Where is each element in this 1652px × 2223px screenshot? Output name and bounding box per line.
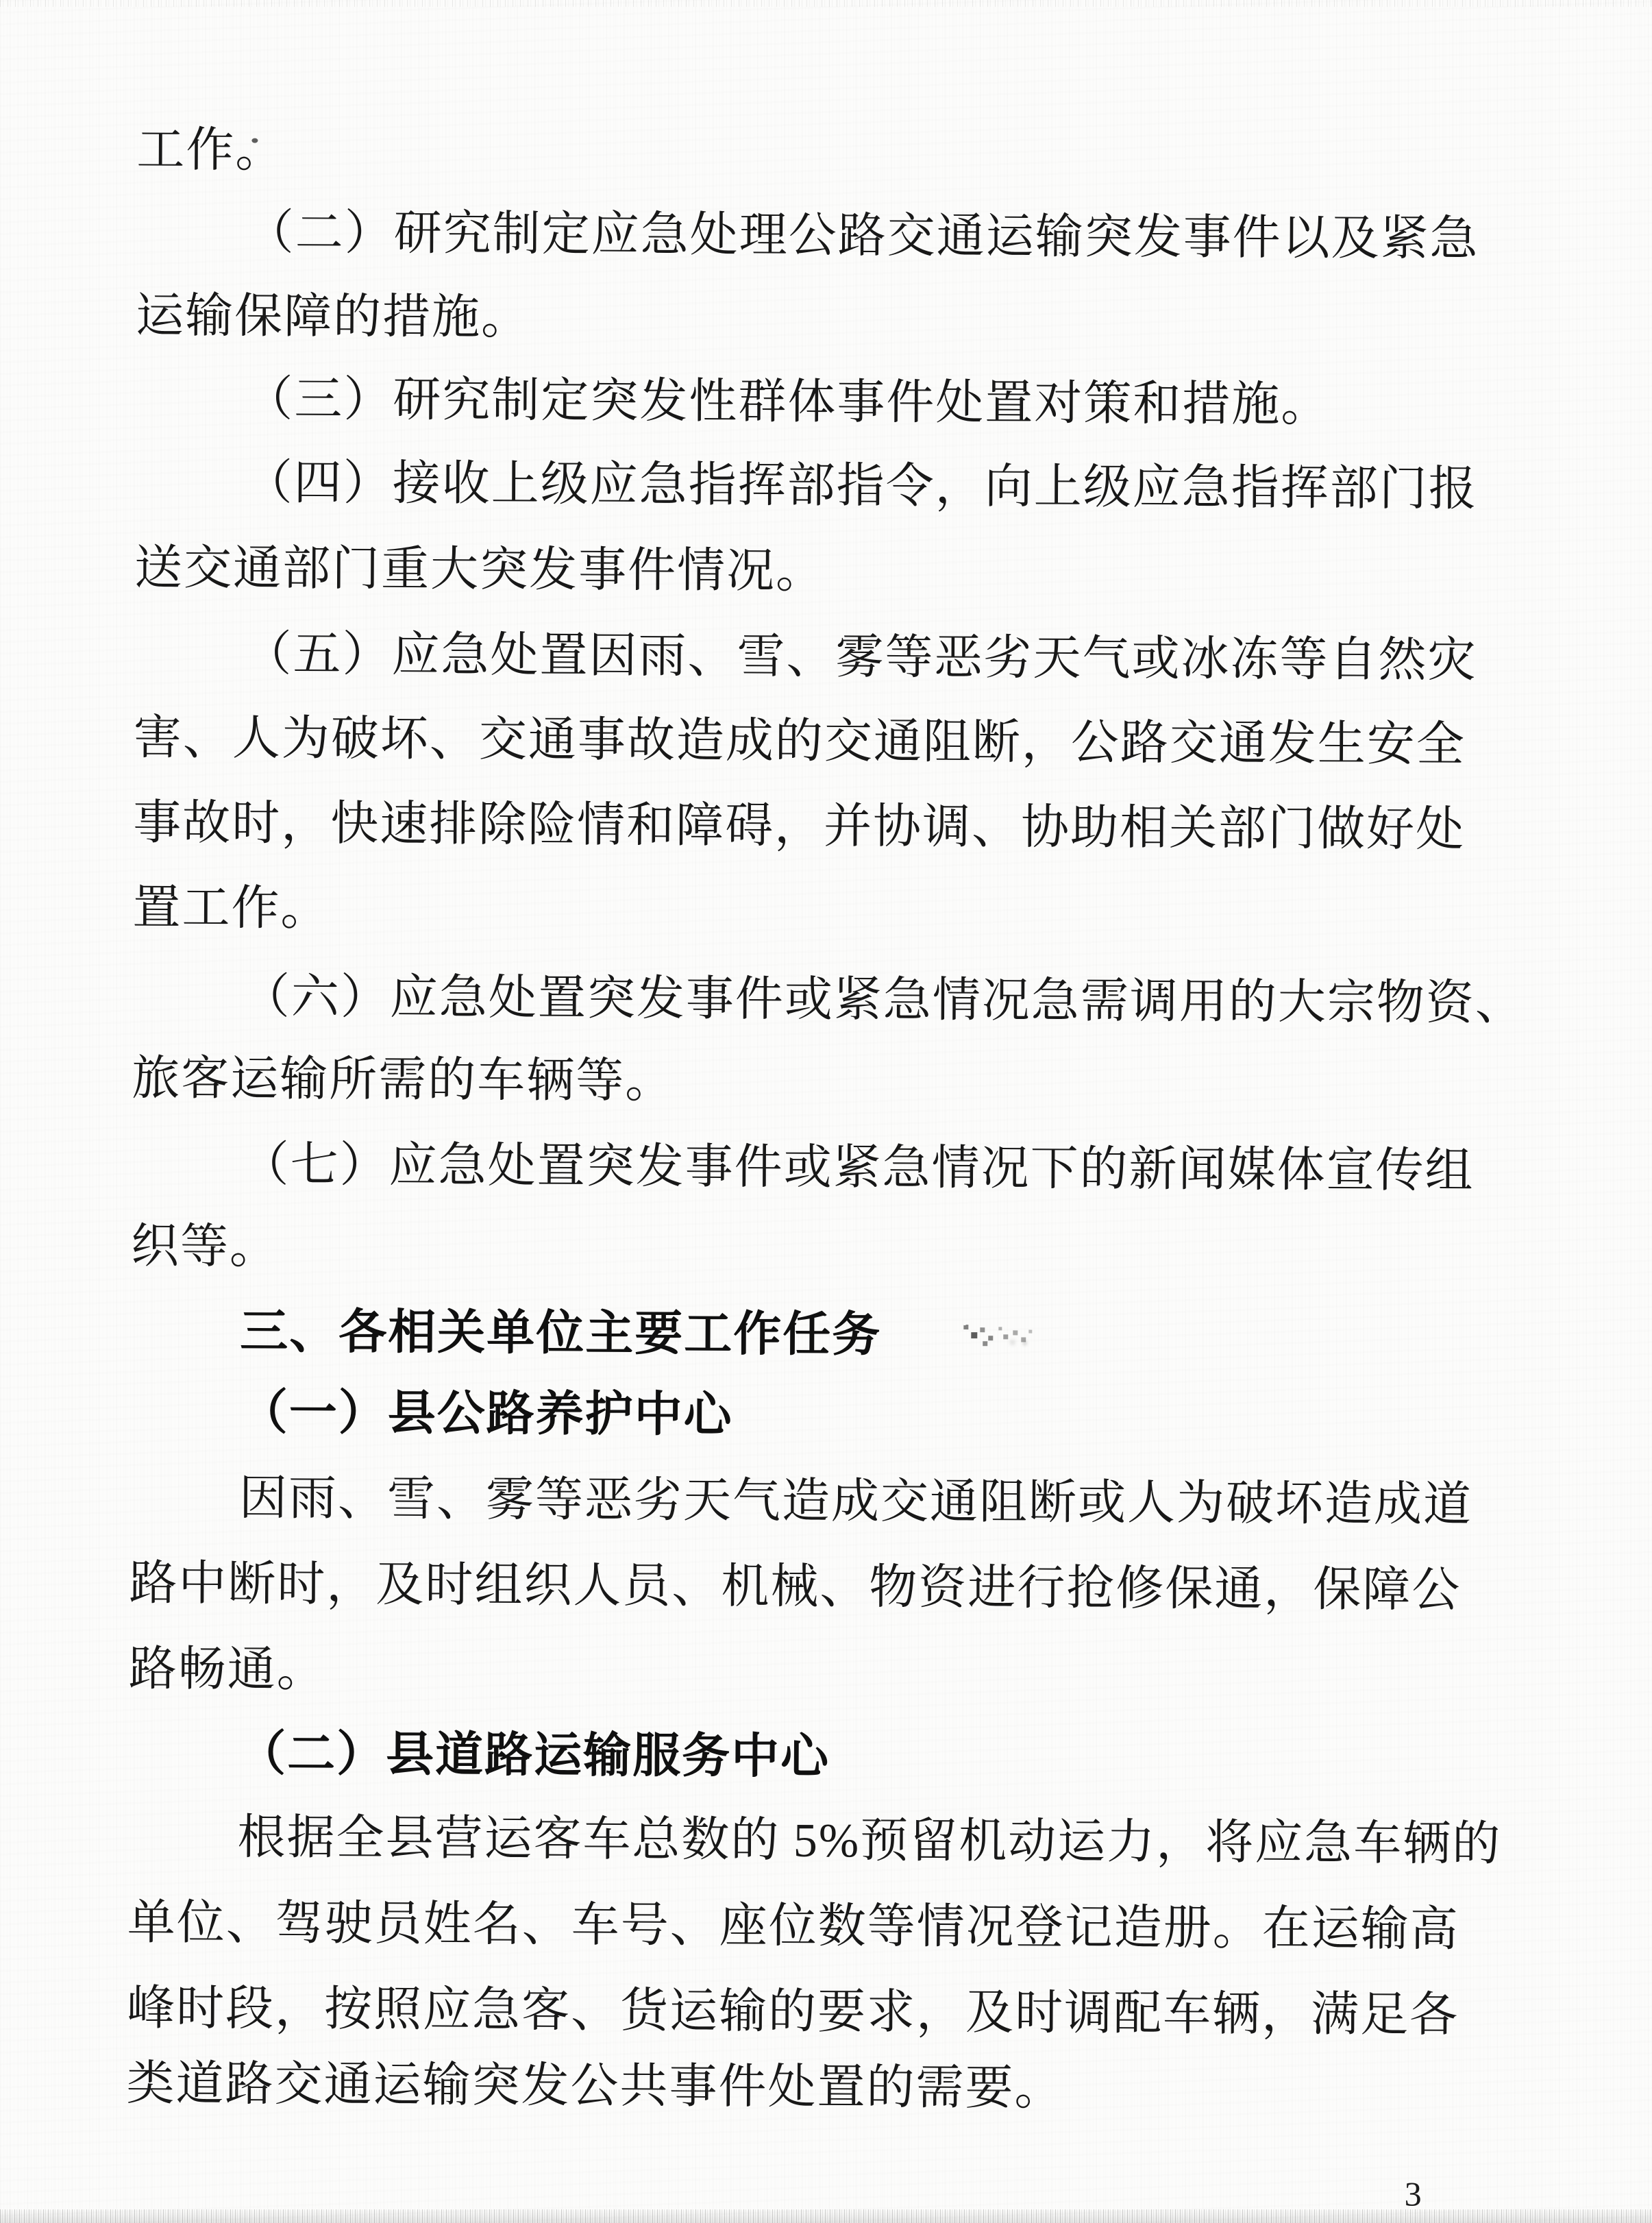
text-line: 根据全县营运客车总数的 5%预留机动运力，将应急车辆的 [237, 1815, 1501, 1869]
text-line: （四）接收上级应急指挥部指令，向上级应急指挥部门报 [245, 460, 1478, 514]
scanned-document-page: 工作。（二）研究制定应急处理公路交通运输突发事件以及紧急运输保障的措施。（三）研… [0, 0, 1652, 2223]
heading-line: 三、各相关单位主要工作任务 [240, 1307, 881, 1359]
ink-smudge-artifact [963, 1323, 965, 1325]
text-line: 路畅通。 [129, 1646, 326, 1695]
text-line: （三）研究制定突发性群体事件处置对策和措施。 [245, 376, 1330, 430]
text-line: 路中断时，及时组织人员、机械、物资进行抢修保通，保障公 [129, 1560, 1461, 1615]
text-line: 单位、驾驶员姓名、车号、座位数等情况登记造册。在运输高 [127, 1900, 1459, 1954]
text-line: 送交通部门重大突发事件情况。 [134, 545, 825, 596]
text-line: 害、人为破坏、交通事故造成的交通阻断，公路交通发生安全 [134, 715, 1466, 770]
scan-edge-artifact-bottom [0, 2209, 1652, 2223]
heading-line: （二）县道路运输服务中心 [238, 1730, 830, 1781]
text-line: （五）应急处置因雨、雪、雾等恶劣天气或冰冻等自然灾 [243, 631, 1477, 685]
document-text-layer: 工作。（二）研究制定应急处理公路交通运输突发事件以及紧急运输保障的措施。（三）研… [0, 0, 1652, 2223]
text-line: 工作。 [136, 127, 284, 175]
heading-line: （一）县公路养护中心 [240, 1388, 733, 1439]
text-line: （七）应急处置突发事件或紧急情况下的新闻媒体宣传组 [241, 1142, 1474, 1196]
text-line: 峰时段，按照应急客、货运输的要求，及时调配车辆，满足各 [127, 1985, 1459, 2040]
page-number: 3 [1405, 2174, 1422, 2213]
text-line: 因雨、雪、雾等恶劣天气造成交通阻断或人为破坏造成道 [239, 1475, 1472, 1530]
text-line: 运输保障的措施。 [136, 293, 530, 343]
text-line: 织等。 [131, 1223, 279, 1272]
text-line: 事故时，快速排除险情和障碍，并协调、协助相关部门做好处 [133, 800, 1465, 855]
text-line: （六）应急处置突发事件或紧急情况急需调用的大宗物资、 [242, 974, 1525, 1029]
text-line: （二）研究制定应急处理公路交通运输突发事件以及紧急 [246, 210, 1479, 264]
text-line: 置工作。 [132, 885, 330, 934]
ink-dot-artifact [251, 138, 258, 143]
text-line: 类道路交通运输突发公共事件处置的需要。 [126, 2061, 1063, 2113]
text-line: 旅客运输所需的车辆等。 [132, 1055, 674, 1106]
